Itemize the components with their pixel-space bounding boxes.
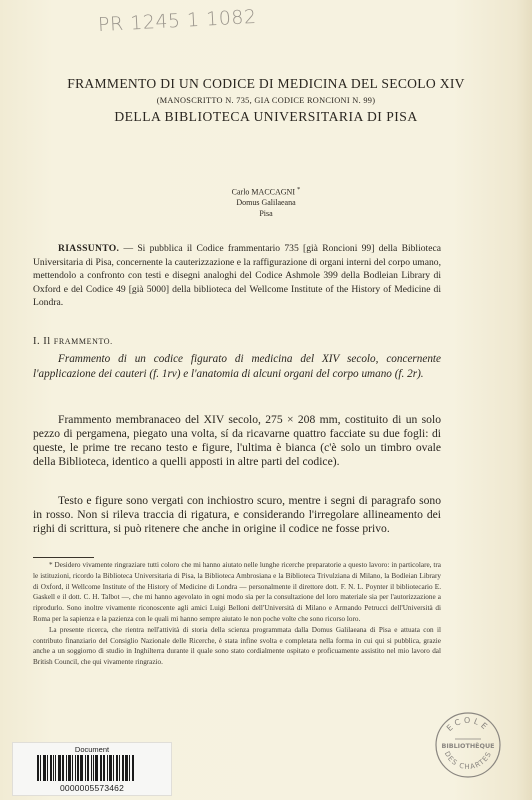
section-title-rest: FRAMMENTO.	[54, 337, 113, 346]
title-line-3: DELLA BIBLIOTECA UNIVERSITARIA DI PISA	[0, 108, 532, 125]
section-heading: I. Il FRAMMENTO.	[33, 336, 113, 347]
barcode-number: 0000005573462	[13, 783, 171, 793]
section-number: I.	[33, 336, 40, 347]
title-line-2: (MANOSCRITTO N. 735, GIA CODICE RONCIONI…	[0, 94, 532, 108]
stamp-bottom-text: DES CHARTES	[443, 750, 494, 771]
author-name-line: Carlo MACCAGNI *	[0, 185, 532, 198]
section-italic-summary: Frammento di un codice figurato di medic…	[33, 352, 441, 381]
title-block: FRAMMENTO DI UN CODICE DI MEDICINA DEL S…	[0, 75, 532, 125]
author-footnote-marker: *	[297, 186, 300, 193]
library-stamp-icon: ECOLE BIBLIOTHÈQUE DES CHARTES	[433, 710, 503, 780]
footnote-paragraph-2: La presente ricerca, che rientra nell'at…	[33, 625, 441, 668]
title-line-1: FRAMMENTO DI UN CODICE DI MEDICINA DEL S…	[0, 75, 532, 92]
author-name: Carlo MACCAGNI	[232, 188, 295, 197]
barcode-icon	[37, 755, 147, 781]
author-city: Pisa	[0, 209, 532, 220]
svg-text:ECOLE: ECOLE	[445, 716, 491, 733]
stamp-top-text: ECOLE	[445, 716, 491, 733]
body-paragraph-1: Frammento membranaceo del XIV secolo, 27…	[33, 413, 441, 469]
body-paragraph-2: Testo e figure sono vergati con inchiost…	[33, 494, 441, 536]
barcode-label: Document 0000005573462	[12, 742, 172, 796]
footnote: * Desidero vivamente ringraziare tutti c…	[33, 560, 441, 668]
handwritten-shelfmark: PR 1245 1 1082	[98, 6, 258, 36]
barcode-title: Document	[13, 745, 171, 754]
scanned-page: PR 1245 1 1082 FRAMMENTO DI UN CODICE DI…	[0, 0, 532, 800]
svg-text:DES CHARTES: DES CHARTES	[443, 750, 494, 771]
abstract-lead: RIASSUNTO.	[58, 243, 119, 254]
stamp-middle-text: BIBLIOTHÈQUE	[441, 741, 494, 750]
section-title-first: Il	[43, 336, 50, 347]
author-block: Carlo MACCAGNI * Domus Galilaeana Pisa	[0, 185, 532, 219]
footnote-divider	[33, 557, 94, 558]
author-affiliation: Domus Galilaeana	[0, 198, 532, 209]
footnote-paragraph-1: * Desidero vivamente ringraziare tutti c…	[33, 560, 441, 625]
abstract: RIASSUNTO. — Si pubblica il Codice framm…	[33, 242, 441, 310]
